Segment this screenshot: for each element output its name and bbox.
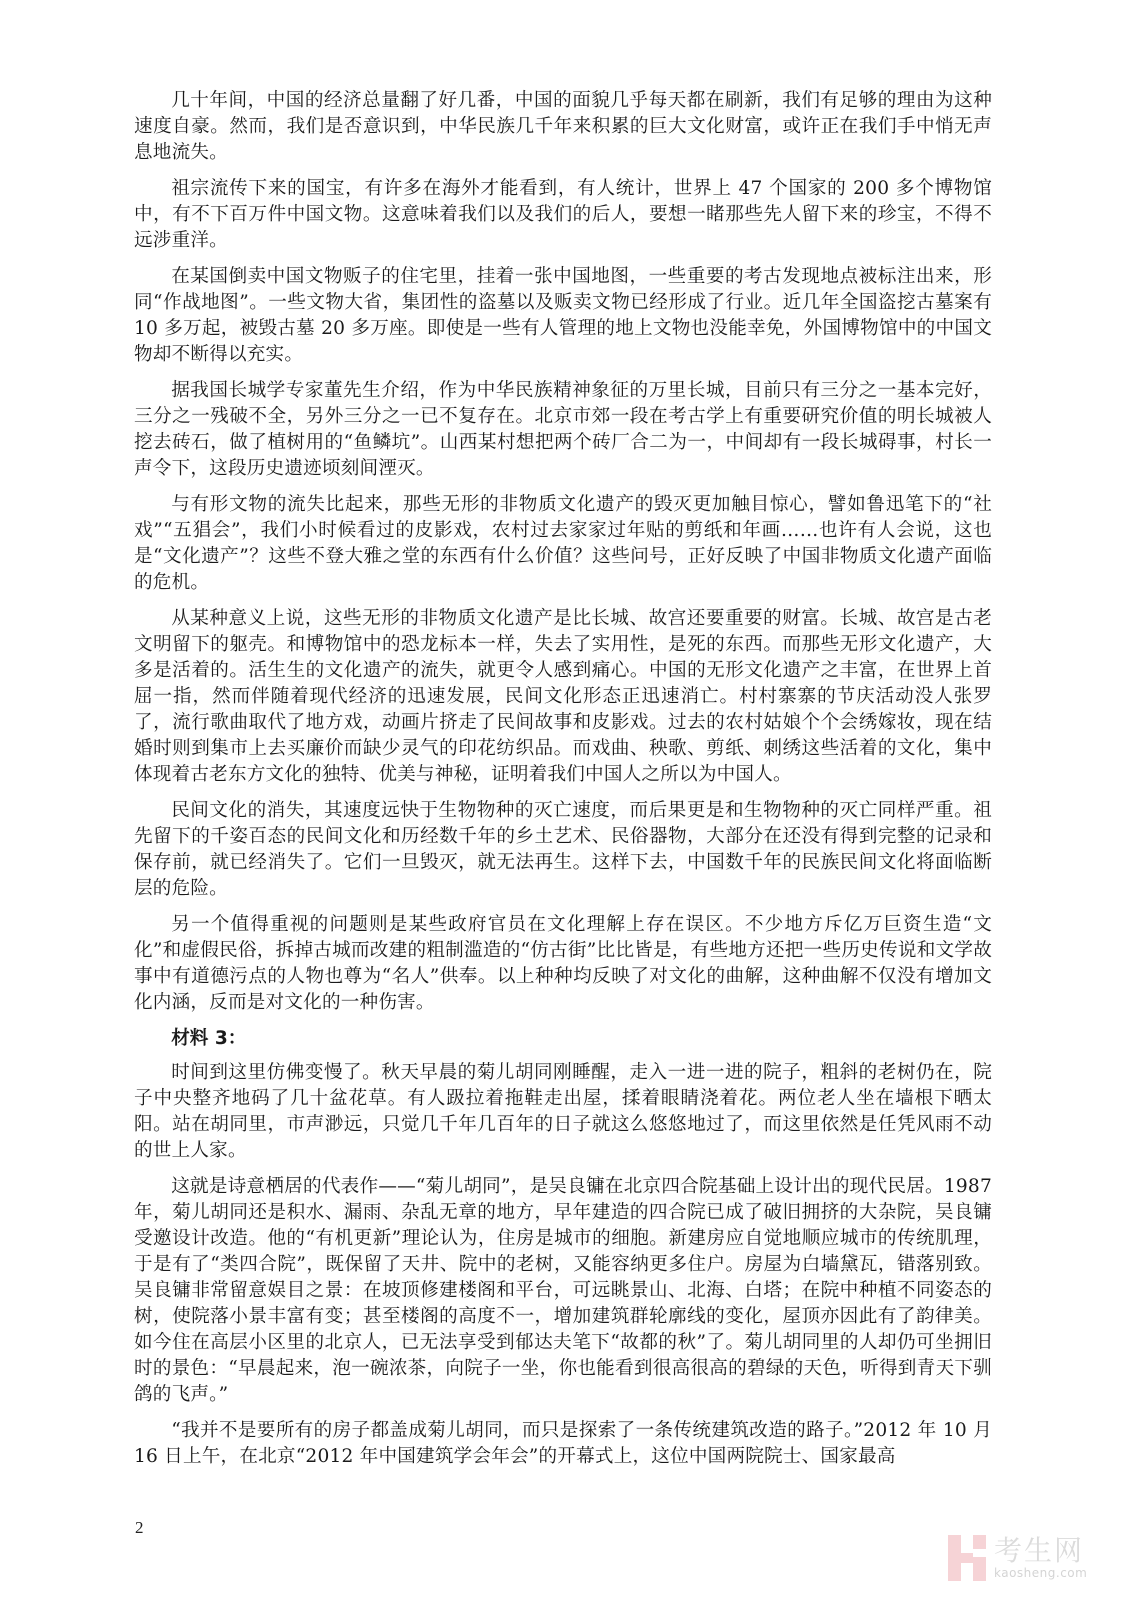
paragraph: 祖宗流传下来的国宝，有许多在海外才能看到，有人统计，世界上 47 个国家的 20… [134,176,992,254]
paragraph: 另一个值得重视的问题则是某些政府官员在文化理解上存在误区。不少地方斥亿万巨资生造… [134,912,992,1016]
paragraph: 与有形文物的流失比起来，那些无形的非物质文化遗产的毁灭更加触目惊心，譬如鲁迅笔下… [134,492,992,596]
paragraph: 民间文化的消失，其速度远快于生物物种的灭亡速度，而后果更是和生物物种的灭亡同样严… [134,798,992,902]
paragraph: “我并不是要所有的房子都盖成菊儿胡同，而只是探索了一条传统建筑改造的路子。”20… [134,1418,992,1470]
watermark-text: 考生网 kaosheng.com [994,1537,1087,1579]
watermark: 考生网 kaosheng.com [948,1532,1118,1584]
section-heading: 材料 3： [134,1026,992,1052]
paragraph: 从某种意义上说，这些无形的非物质文化遗产是比长城、故宫还要重要的财富。长城、故宫… [134,606,992,788]
kaosheng-logo-icon [948,1535,986,1581]
watermark-name-en: kaosheng.com [994,1567,1087,1579]
watermark-name-cn: 考生网 [994,1537,1087,1565]
paragraph: 时间到这里仿佛变慢了。秋天早晨的菊儿胡同刚睡醒，走入一进一进的院子，粗斜的老树仍… [134,1060,992,1164]
paragraph: 这就是诗意栖居的代表作——“菊儿胡同”，是吴良镛在北京四合院基础上设计出的现代民… [134,1174,992,1408]
paragraph: 据我国长城学专家董先生介绍，作为中华民族精神象征的万里长城，目前只有三分之一基本… [134,378,992,482]
paragraph: 几十年间，中国的经济总量翻了好几番，中国的面貌几乎每天都在刷新，我们有足够的理由… [134,88,992,166]
document-page: 几十年间，中国的经济总量翻了好几番，中国的面貌几乎每天都在刷新，我们有足够的理由… [134,88,992,1480]
paragraph: 在某国倒卖中国文物贩子的住宅里，挂着一张中国地图，一些重要的考古发现地点被标注出… [134,264,992,368]
page-number: 2 [135,1518,144,1538]
